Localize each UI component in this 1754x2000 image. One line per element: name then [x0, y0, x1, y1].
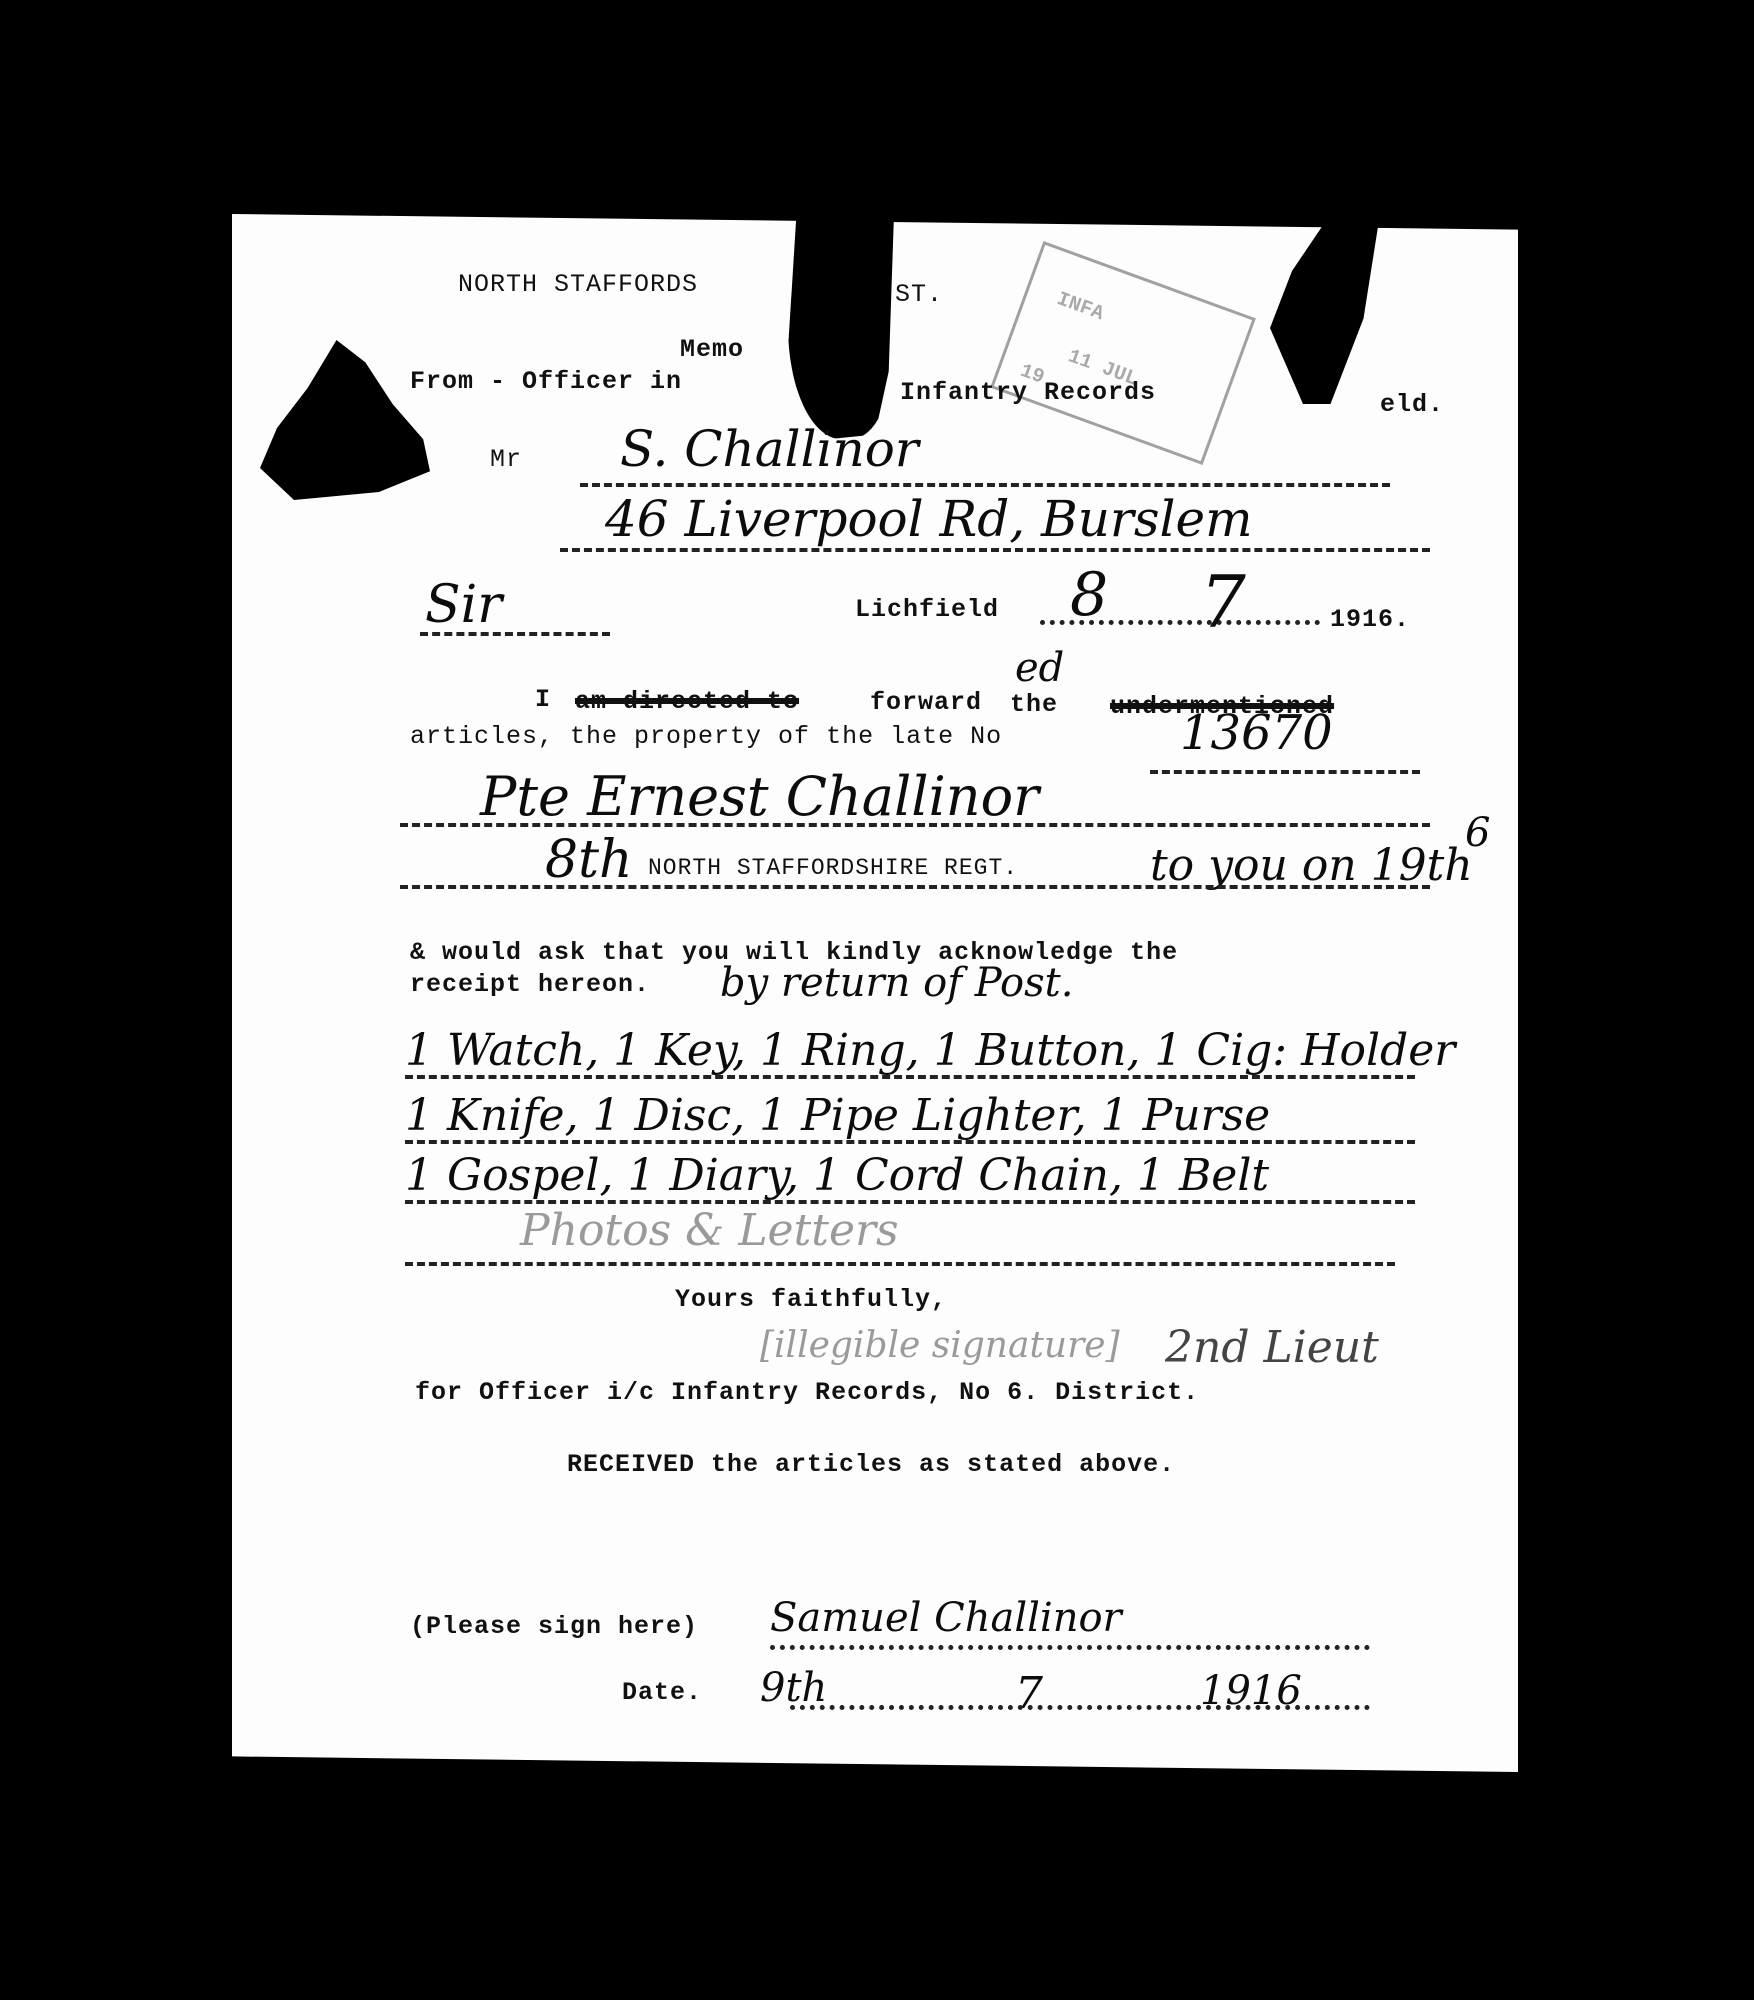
closing-yours-faithfully: Yours faithfully, — [675, 1285, 947, 1314]
insert-ed: ed — [1015, 645, 1064, 691]
recipient-prefix: Mr — [490, 445, 522, 474]
signature-dots — [770, 1645, 1370, 1650]
from-line-mid: Infantry Records — [900, 378, 1156, 407]
article-line: 1 Knife, 1 Disc, 1 Pipe Lighter, 1 Purse — [405, 1090, 1270, 1141]
article-line: Photos & Letters — [520, 1205, 899, 1256]
body-forward: forward — [870, 688, 982, 717]
sent-note: to you on 19th — [1150, 840, 1473, 891]
regiment-line — [400, 885, 1430, 889]
soldier-name-line — [400, 823, 1430, 827]
article-underline — [405, 1140, 1415, 1144]
sign-label: (Please sign here) — [410, 1612, 698, 1641]
receipt-date-label: Date. — [622, 1678, 702, 1707]
service-number-line — [1150, 770, 1420, 774]
body-receipt-line: receipt hereon. — [410, 970, 650, 999]
receipt-note: by return of Post. — [720, 960, 1073, 1006]
salutation: Sir — [425, 575, 502, 635]
body-struck-text: am directed to — [575, 687, 799, 716]
body-the: the — [1010, 690, 1058, 719]
regiment-header: NORTH STAFFORDS — [458, 270, 698, 299]
recipient-address: 46 Liverpool Rd, Burslem — [605, 490, 1253, 548]
recipient-signature: Samuel Challinor — [770, 1595, 1122, 1641]
article-underline — [405, 1075, 1415, 1079]
receipt-date-month: 7 — [1015, 1668, 1043, 1719]
regiment-header-suffix: ST. — [895, 280, 943, 309]
burn-hole-top — [788, 214, 894, 439]
body-line1-start: I — [535, 685, 551, 714]
receipt-date-dots — [790, 1705, 1370, 1710]
salutation-line — [420, 632, 610, 636]
officer-line: for Officer i/c Infantry Records, No 6. … — [415, 1378, 1199, 1407]
recipient-name: S. Challinor — [620, 420, 919, 478]
recipient-name-line — [580, 483, 1390, 487]
letter-month: 7 — [1200, 560, 1246, 644]
from-line-end: eld. — [1380, 390, 1444, 419]
from-line-start: From - Officer in — [410, 367, 682, 396]
soldier-name: Pte Ernest Challinor — [480, 765, 1039, 828]
officer-signature: [illegible signature] — [760, 1325, 1120, 1366]
letter-year: 1916. — [1330, 605, 1410, 634]
superscript-6: 6 — [1465, 810, 1490, 856]
officer-rank: 2nd Lieut — [1165, 1322, 1379, 1373]
body-line2: articles, the property of the late No — [410, 722, 1002, 751]
place-label: Lichfield — [855, 595, 999, 624]
battalion: 8th — [545, 830, 632, 890]
recipient-address-line — [560, 548, 1430, 552]
service-number: 13670 — [1180, 705, 1333, 761]
memo-label: Memo — [680, 335, 744, 364]
received-statement: RECEIVED the articles as stated above. — [567, 1450, 1175, 1479]
article-line: 1 Watch, 1 Key, 1 Ring, 1 Button, 1 Cig:… — [405, 1025, 1455, 1076]
letter-day: 8 — [1070, 560, 1108, 630]
stamp-text-top: INFA — [1054, 288, 1107, 326]
article-underline — [405, 1262, 1395, 1266]
article-line: 1 Gospel, 1 Diary, 1 Cord Chain, 1 Belt — [405, 1150, 1269, 1201]
regiment-full: NORTH STAFFORDSHIRE REGT. — [648, 855, 1018, 881]
article-underline — [405, 1200, 1415, 1204]
